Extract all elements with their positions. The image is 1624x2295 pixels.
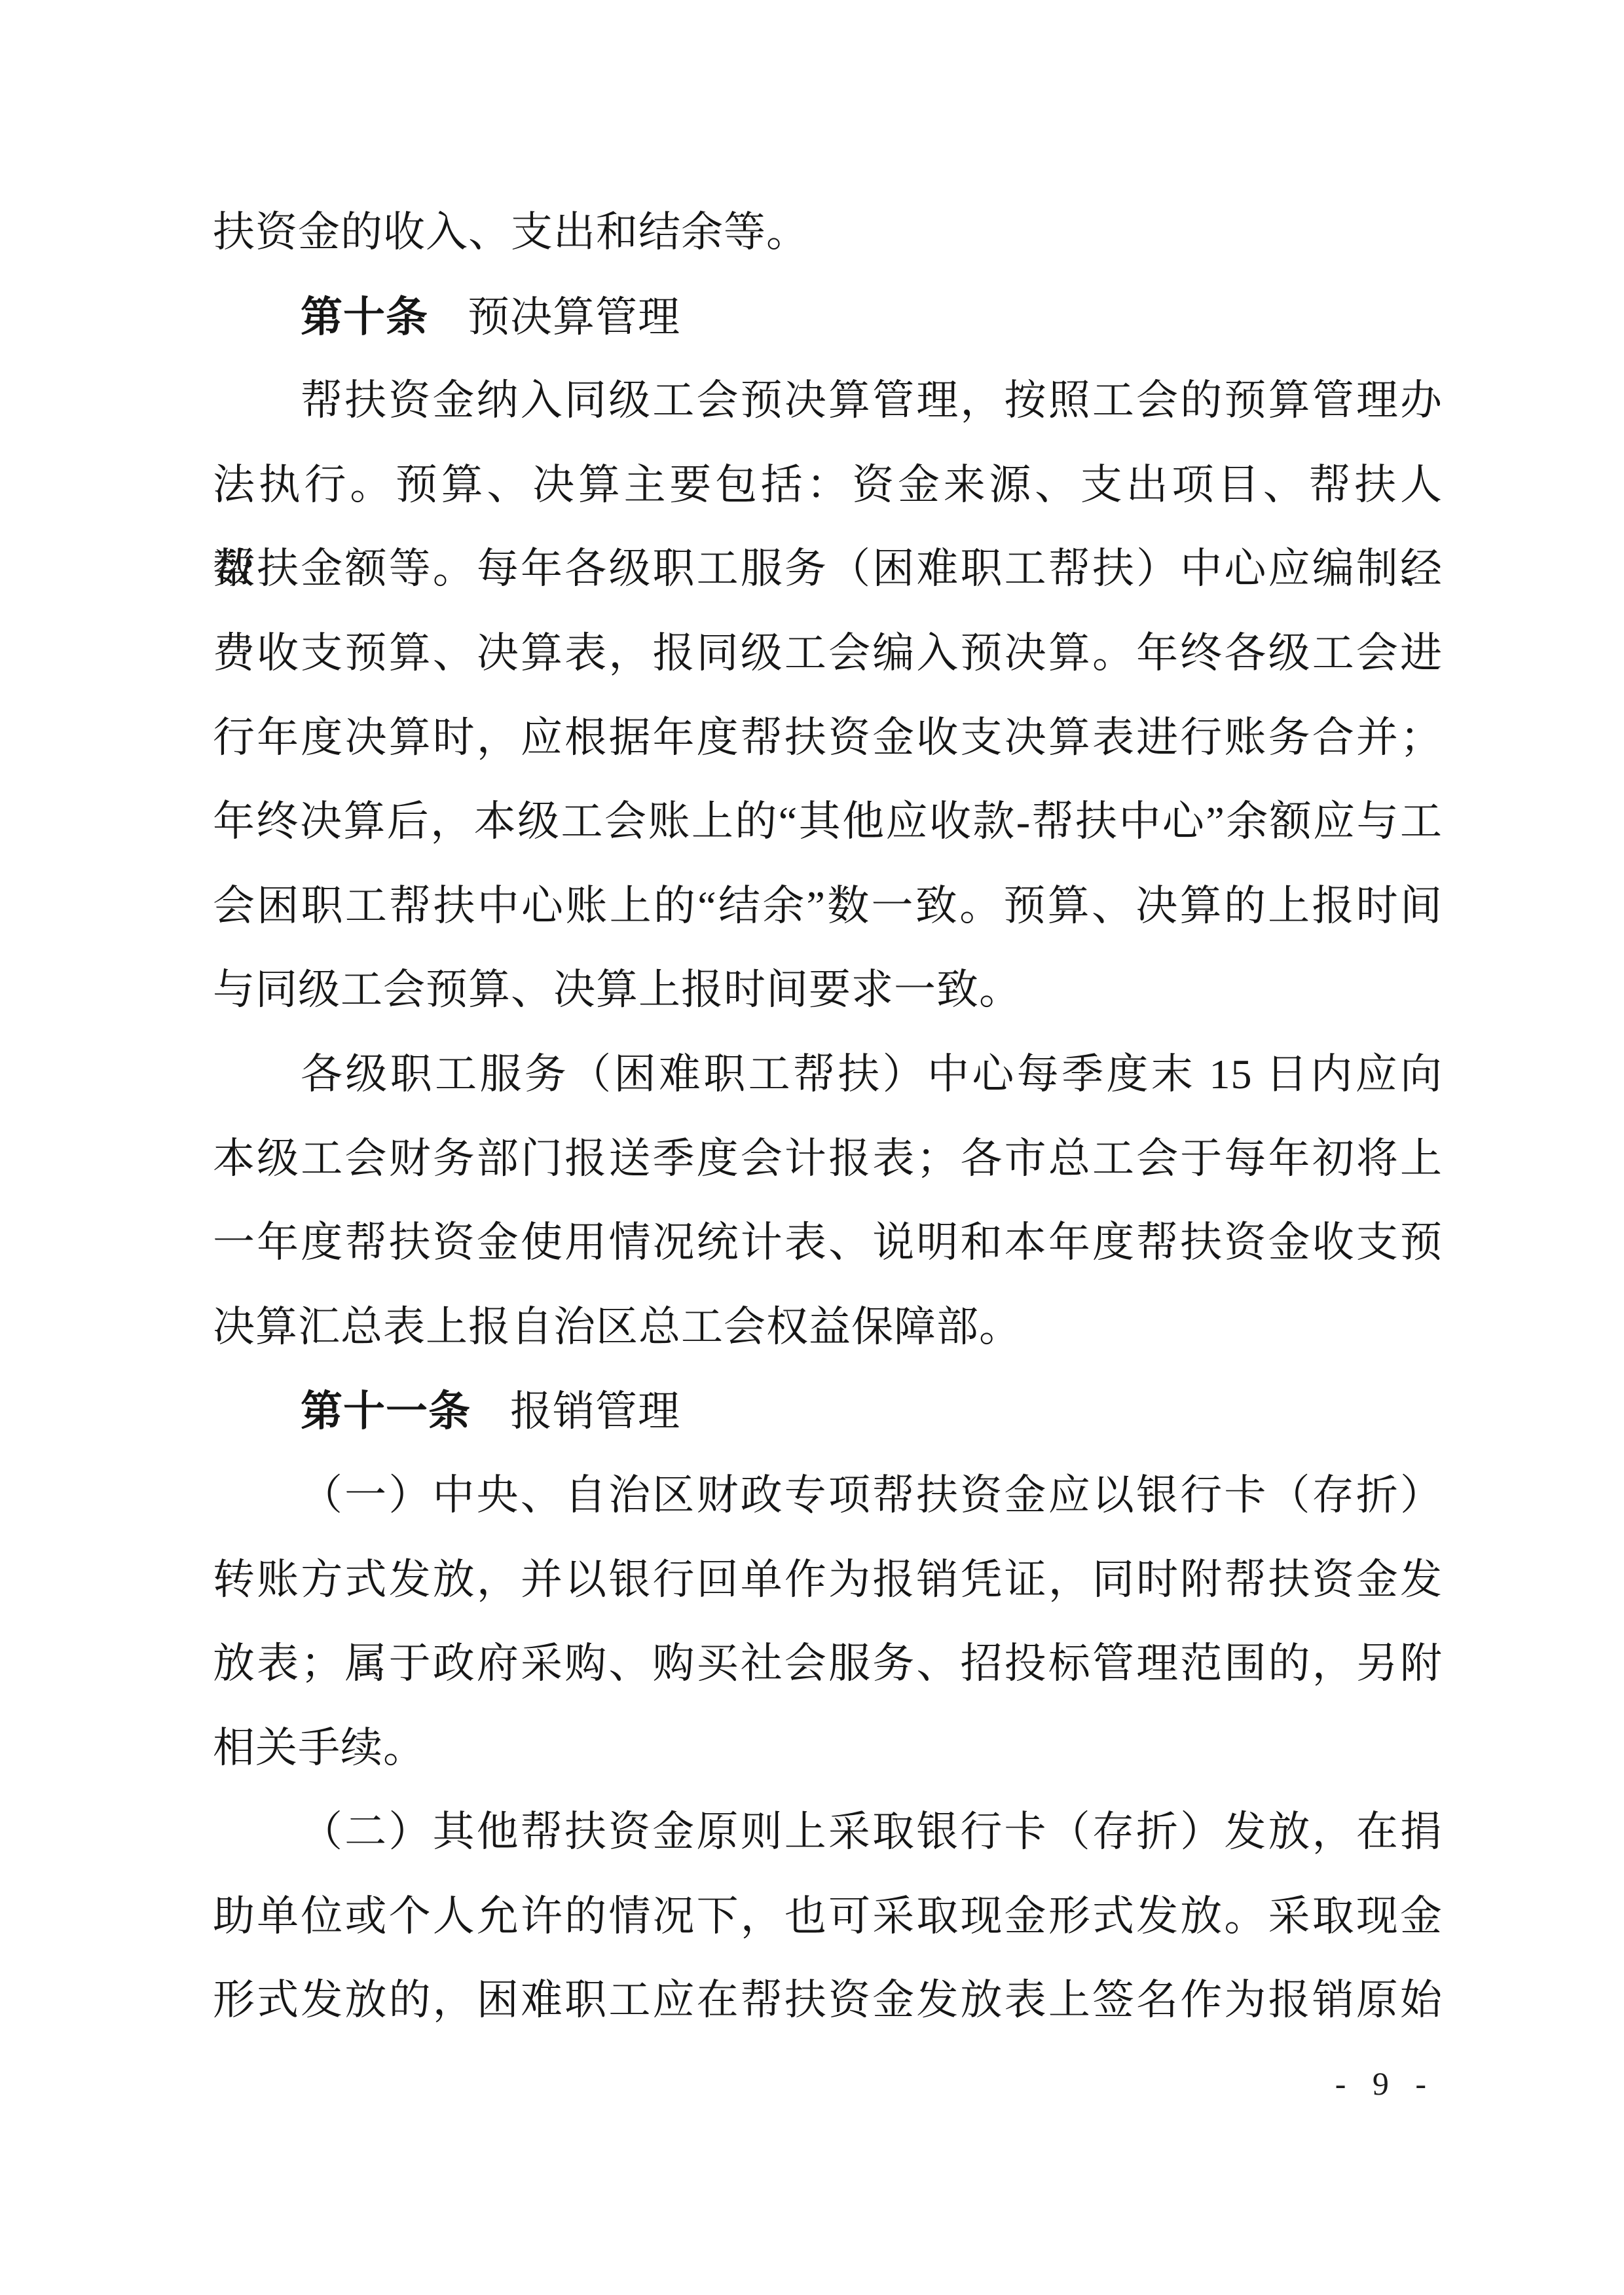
text-line: 一年度帮扶资金使用情况统计表、说明和本年度帮扶资金收支预 xyxy=(213,1201,1443,1285)
text-line: 本级工会财务部门报送季度会计报表；各市总工会于每年初将上 xyxy=(213,1117,1443,1202)
document-page: 扶资金的收入、支出和结余等。 第十条预决算管理 帮扶资金纳入同级工会预决算管理，… xyxy=(0,0,1624,2295)
page-number: - 9 - xyxy=(1335,2064,1435,2103)
text-line: 决算汇总表上报自治区总工会权益保障部。 xyxy=(213,1285,1443,1370)
text-line: 年终决算后，本级工会账上的“其他应收款-帮扶中心”余额应与工 xyxy=(213,780,1443,864)
text-line: 放表；属于政府采购、购买社会服务、招投标管理范围的，另附 xyxy=(213,1622,1443,1706)
article-heading-10: 第十条预决算管理 xyxy=(213,275,1443,359)
text-line: 法执行。预算、决算主要包括：资金来源、支出项目、帮扶人数、 xyxy=(213,443,1443,528)
text-line: 转账方式发放，并以银行回单作为报销凭证，同时附帮扶资金发 xyxy=(213,1538,1443,1623)
text-line: （一）中央、自治区财政专项帮扶资金应以银行卡（存折） xyxy=(213,1454,1443,1538)
document-body: 扶资金的收入、支出和结余等。 第十条预决算管理 帮扶资金纳入同级工会预决算管理，… xyxy=(213,191,1443,2043)
text-line: 形式发放的，困难职工应在帮扶资金发放表上签名作为报销原始 xyxy=(213,1958,1443,2043)
text-line: 会困职工帮扶中心账上的“结余”数一致。预算、决算的上报时间 xyxy=(213,864,1443,949)
text-line: 各级职工服务（困难职工帮扶）中心每季度末 15 日内应向 xyxy=(213,1033,1443,1117)
text-line: 相关手续。 xyxy=(213,1706,1443,1791)
text-line: 费收支预算、决算表，报同级工会编入预决算。年终各级工会进 xyxy=(213,612,1443,696)
text-line: 帮扶金额等。每年各级职工服务（困难职工帮扶）中心应编制经 xyxy=(213,527,1443,612)
text-line: 助单位或个人允许的情况下，也可采取现金形式发放。采取现金 xyxy=(213,1875,1443,1959)
text-line: 扶资金的收入、支出和结余等。 xyxy=(213,191,1443,275)
text-line: 行年度决算时，应根据年度帮扶资金收支决算表进行账务合并； xyxy=(213,696,1443,780)
article-number: 第十一条 xyxy=(301,1387,471,1435)
article-heading-11: 第十一条报销管理 xyxy=(213,1369,1443,1454)
article-title: 报销管理 xyxy=(510,1388,680,1435)
article-title: 预决算管理 xyxy=(468,294,680,340)
text-line: （二）其他帮扶资金原则上采取银行卡（存折）发放，在捐 xyxy=(213,1790,1443,1875)
article-number: 第十条 xyxy=(301,293,428,340)
text-line: 帮扶资金纳入同级工会预决算管理，按照工会的预算管理办 xyxy=(213,359,1443,443)
text-line: 与同级工会预算、决算上报时间要求一致。 xyxy=(213,948,1443,1033)
